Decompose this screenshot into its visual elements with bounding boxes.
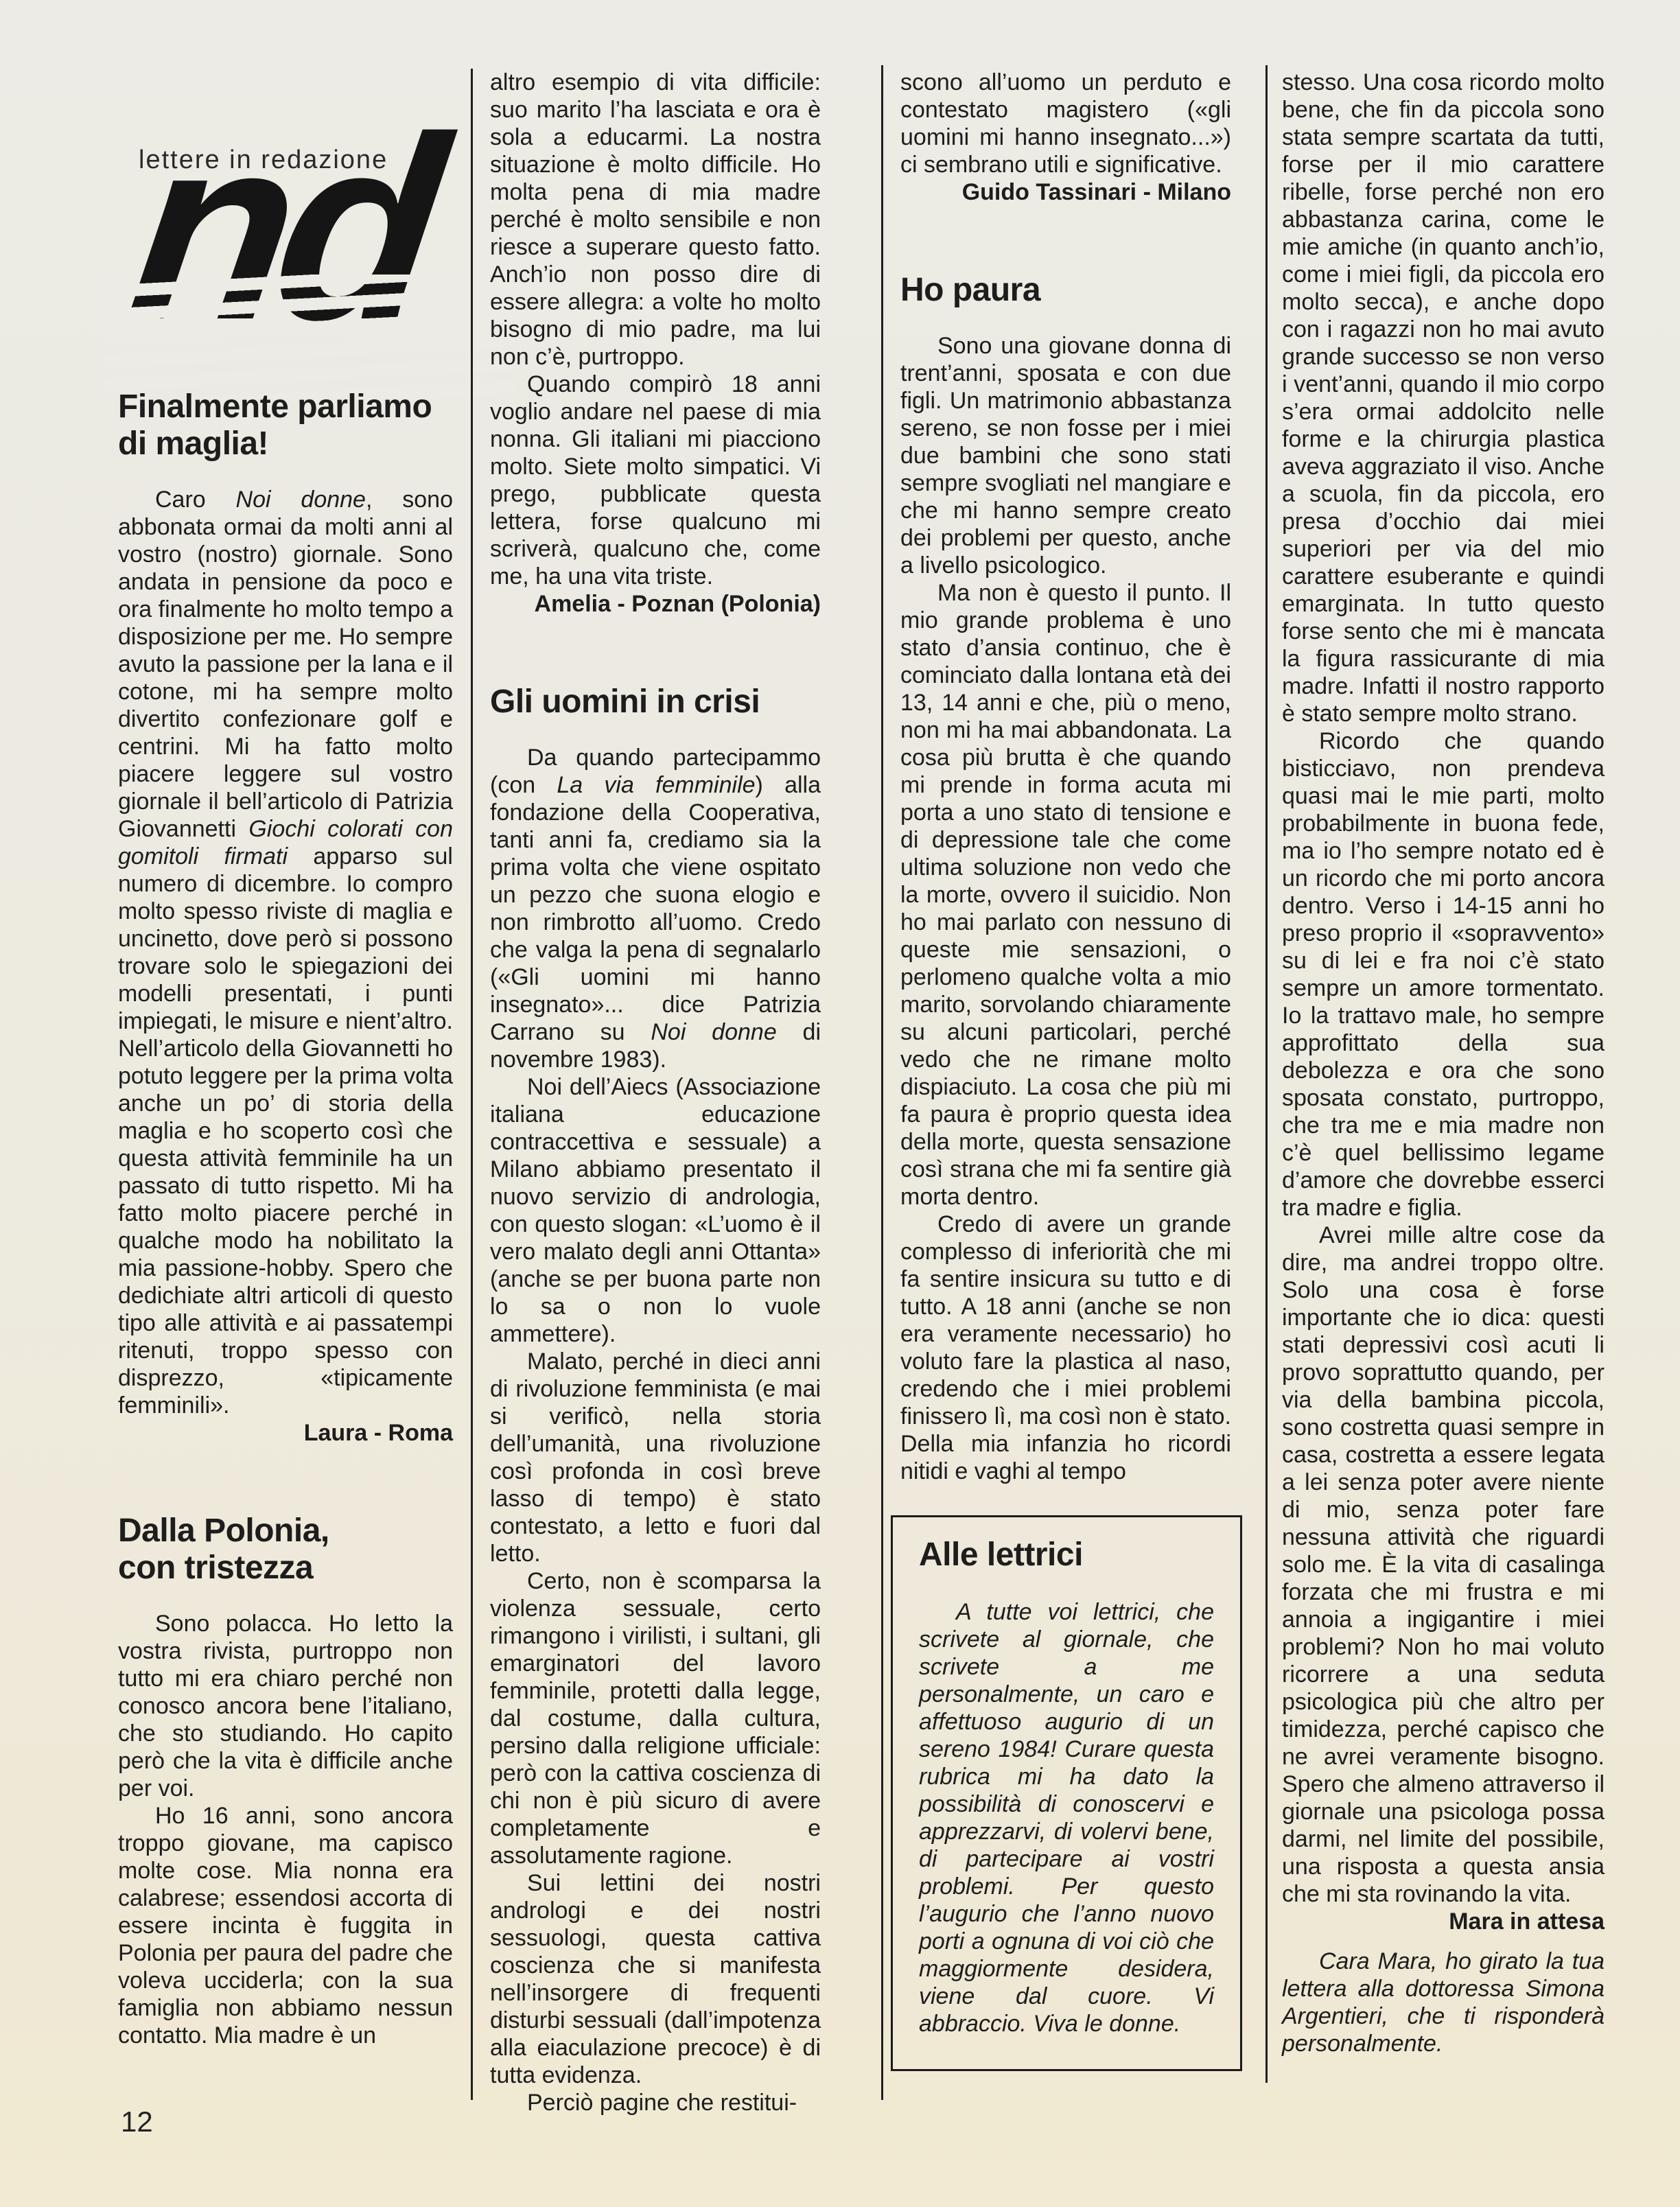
text-run: , sono abbonata ormai da molti anni al v… — [118, 487, 453, 842]
text-run: apparso sul numero di dicembre. Io compr… — [118, 843, 453, 1418]
letter-paragraph: stesso. Una cosa ricordo molto bene, che… — [1282, 69, 1605, 727]
text-run: ) alla fondazione della Cooperativa, tan… — [490, 772, 821, 1045]
letter-paragraph: Avrei mille altre cose da dire, ma andre… — [1282, 1222, 1605, 1908]
letter-signature: Guido Tassinari - Milano — [900, 178, 1231, 206]
letter-paragraph: Ma non è questo il punto. Il mio grande … — [900, 579, 1231, 1211]
italic-text-run: Noi donne — [651, 1019, 776, 1045]
text-run: Caro — [155, 487, 236, 513]
text-column-2: altro esempio di vita difficile: suo mar… — [490, 69, 821, 2116]
letter-paragraph: altro esempio di vita difficile: suo mar… — [490, 69, 821, 371]
letter-paragraph: scono all’uomo un perduto e contestato m… — [900, 69, 1231, 178]
editor-reply: Cara Mara, ho girato la tua lettera alla… — [1282, 1948, 1605, 2057]
text-column-3: scono all’uomo un perduto e contestato m… — [900, 69, 1231, 2071]
letter-paragraph: Quando compirò 18 anni voglio andare nel… — [490, 371, 821, 590]
column-divider-3 — [1265, 65, 1268, 2083]
letter-paragraph: Noi dell’Aiecs (Associazione italiana ed… — [490, 1073, 821, 1348]
letter-title: Ho paura — [900, 272, 1231, 309]
text-run: A tutte voi lettrici, che scrivete al gi… — [919, 1599, 1214, 2037]
magazine-letters-page: lettere in redazione nd Finalmente parli… — [0, 0, 1680, 2207]
letter-signature: Laura - Roma — [118, 1419, 453, 1447]
letter-paragraph: Ricordo che quando bisticciavo, non pren… — [1282, 727, 1605, 1222]
page-number: 12 — [121, 2105, 153, 2138]
letter-paragraph: Da quando partecipammo (con La via femmi… — [490, 744, 821, 1073]
letter-paragraph: Perciò pagine che restitui- — [490, 2089, 821, 2116]
italic-text-run: Noi donne — [236, 487, 366, 513]
letter-title: Dalla Polonia, con tristezza — [118, 1513, 453, 1587]
letter-title: Finalmente parliamo di maglia! — [118, 388, 453, 463]
italic-text-run: La via femminile — [557, 772, 755, 798]
editor-note-paragraph: A tutte voi lettrici, che scrivete al gi… — [919, 1598, 1214, 2037]
letter-paragraph: Ho 16 anni, sono ancora troppo giovane, … — [118, 1802, 453, 2049]
letter-paragraph: Malato, perché in dieci anni di rivoluzi… — [490, 1348, 821, 1567]
letter-paragraph: Sono una giovane donna di trent’anni, sp… — [900, 332, 1231, 579]
letter-signature: Amelia - Poznan (Polonia) — [490, 590, 821, 618]
letter-paragraph: Certo, non è scomparsa la violenza sessu… — [490, 1567, 821, 1869]
letter-paragraph: Caro Noi donne, sono abbonata ormai da m… — [118, 486, 453, 1419]
text-column-1: Finalmente parliamo di maglia!Caro Noi d… — [118, 388, 453, 2049]
column-divider-1 — [471, 69, 473, 2100]
letter-signature: Mara in attesa — [1282, 1908, 1605, 1935]
letter-title: Gli uomini in crisi — [490, 684, 821, 721]
letter-paragraph: Sui lettini dei nostri andrologi e dei n… — [490, 1869, 821, 2089]
editor-note-title: Alle lettrici — [919, 1537, 1214, 1574]
editor-note-box: Alle lettriciA tutte voi lettrici, che s… — [891, 1515, 1242, 2071]
text-column-4: stesso. Una cosa ricordo molto bene, che… — [1282, 69, 1605, 2057]
column-divider-2 — [881, 65, 883, 2100]
logo-stripes-decoration — [103, 275, 515, 398]
letter-paragraph: Credo di avere un grande complesso di in… — [900, 1211, 1231, 1485]
letter-paragraph: Sono polacca. Ho letto la vostra rivista… — [118, 1610, 453, 1802]
